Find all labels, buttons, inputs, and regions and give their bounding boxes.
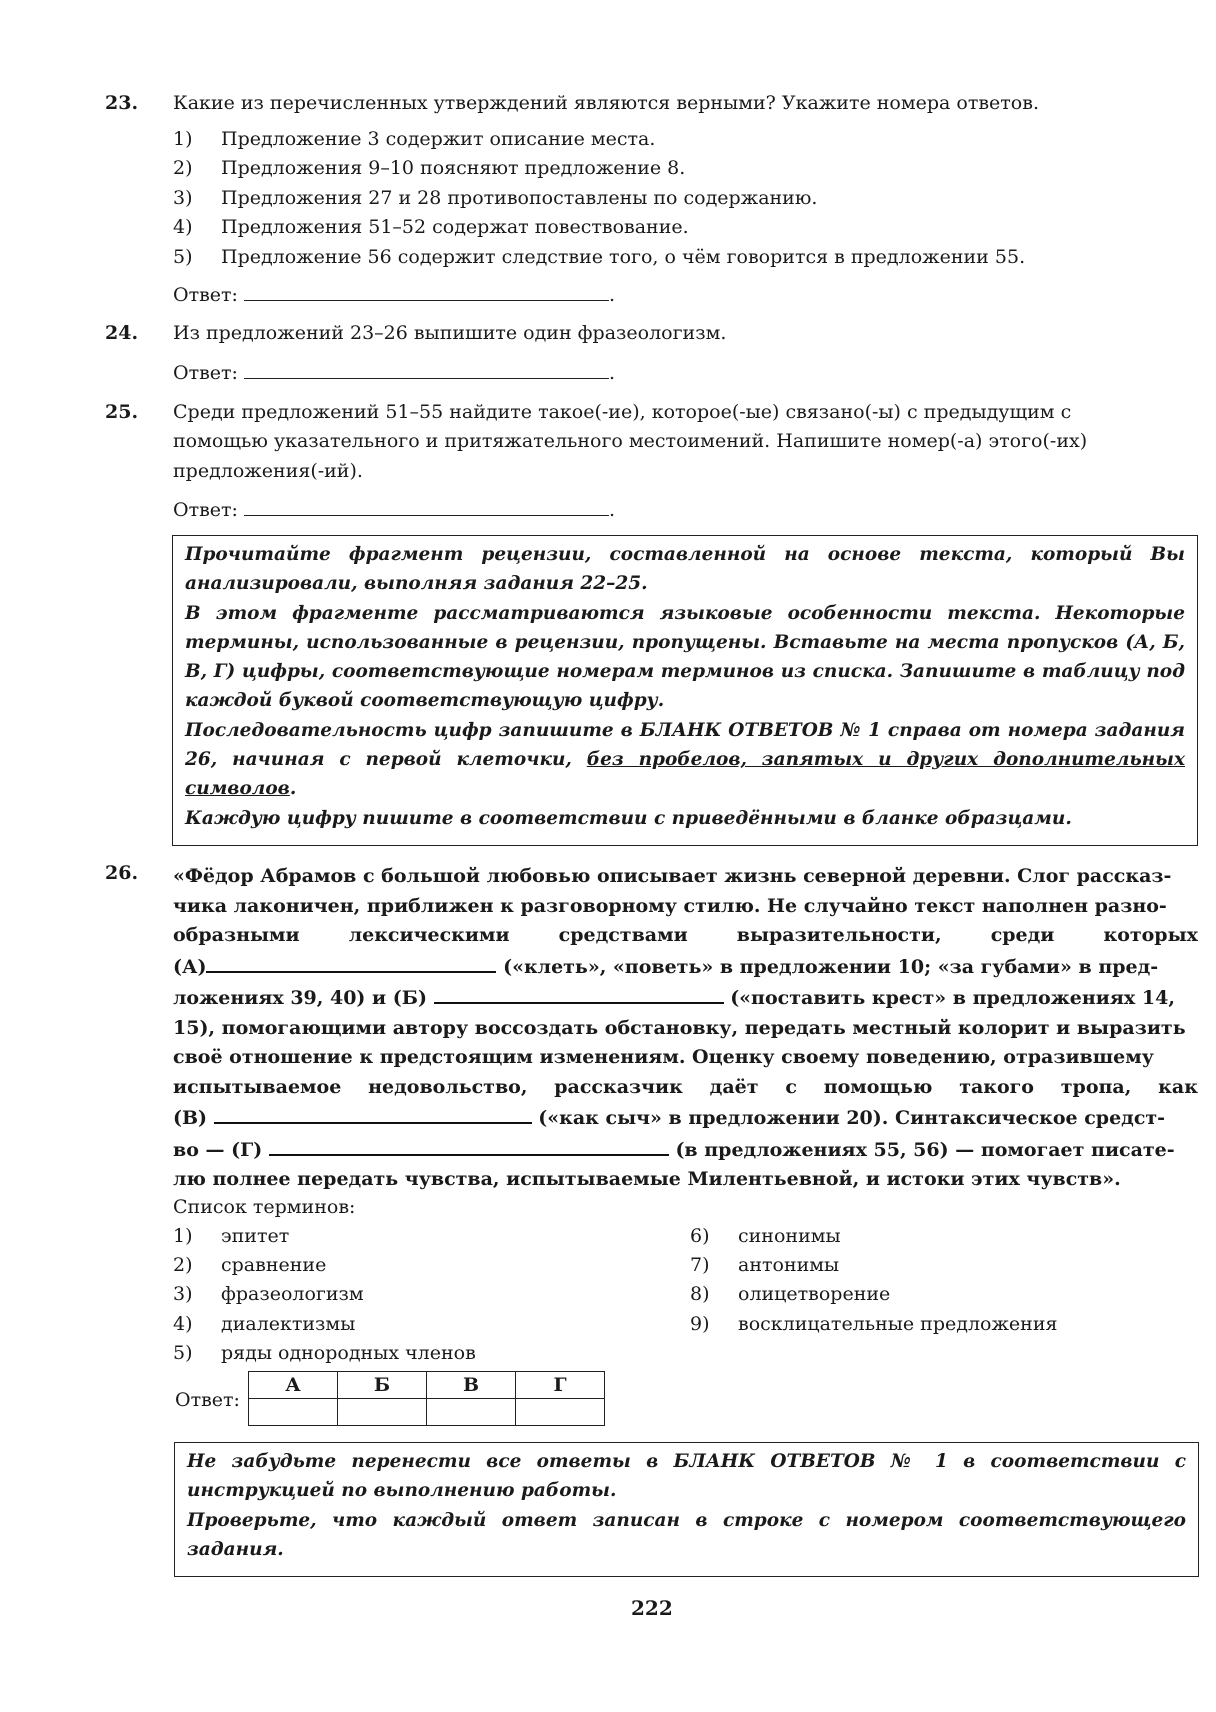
term-1: 1)эпитет bbox=[173, 1225, 289, 1247]
q26-word: среди bbox=[991, 921, 1055, 951]
gap-g-field[interactable] bbox=[269, 1134, 669, 1156]
q26-line-3: образнымилексическимисредствамивыразител… bbox=[173, 921, 1198, 951]
question-26-text: «Фёдор Абрамов с большой любовью описыва… bbox=[173, 862, 1198, 1195]
term-text: диалектизмы bbox=[221, 1313, 355, 1335]
q26-word: тропа, bbox=[1061, 1073, 1132, 1103]
gap-label-v: (В) bbox=[173, 1107, 214, 1129]
terms-list-title: Список терминов: bbox=[173, 1196, 355, 1218]
q26-line-1: «Фёдор Абрамов с большой любовью описыва… bbox=[173, 862, 1198, 892]
q24-answer: Ответ: . bbox=[173, 360, 615, 384]
q26-word: такого bbox=[959, 1073, 1034, 1103]
gap-b-field[interactable] bbox=[434, 982, 724, 1004]
page-number: 222 bbox=[631, 1596, 673, 1620]
q26-line-10: во — (Г) (в предложениях 55, 56) — помог… bbox=[173, 1134, 1198, 1166]
q25-answer: Ответ: . bbox=[173, 497, 615, 521]
term-7: 7)антонимы bbox=[690, 1254, 839, 1276]
answer-header-g: Г bbox=[516, 1372, 605, 1399]
answer-cell-b[interactable] bbox=[338, 1399, 427, 1426]
q26-line-6: 15), помогающими автору воссоздать обста… bbox=[173, 1014, 1198, 1044]
answer-header-v: В bbox=[427, 1372, 516, 1399]
answer-period: . bbox=[609, 362, 615, 384]
answer-label: Ответ: bbox=[173, 284, 238, 306]
q26-word: с bbox=[785, 1073, 797, 1103]
term-number: 5) bbox=[173, 1342, 221, 1364]
term-text: фразеологизм bbox=[221, 1283, 364, 1305]
answer-label: Ответ: bbox=[173, 499, 238, 521]
q26-line-11: лю полнее передать чувства, испытываемые… bbox=[173, 1165, 1198, 1195]
question-24-text: Из предложений 23–26 выпишите один фразе… bbox=[173, 322, 726, 344]
q26-line-4: (А) («клеть», «поветь» в предложении 10;… bbox=[173, 951, 1198, 983]
q26-word: средствами bbox=[559, 921, 688, 951]
answer-cell-g[interactable] bbox=[516, 1399, 605, 1426]
q26-word: выразительности, bbox=[737, 921, 942, 951]
q26-word: образными bbox=[173, 921, 300, 951]
instruction-paragraph-3: Последовательность цифр запишите в БЛАНК… bbox=[185, 716, 1185, 804]
term-number: 4) bbox=[173, 1313, 221, 1335]
term-number: 9) bbox=[690, 1313, 738, 1335]
reminder-box: Не забудьте перенести все ответы в БЛАНК… bbox=[174, 1442, 1199, 1577]
instruction-paragraph-1: Прочитайте фрагмент рецензии, составленн… bbox=[185, 540, 1185, 599]
answer-cell-a[interactable] bbox=[249, 1399, 338, 1426]
answer-table-value-row bbox=[249, 1399, 605, 1426]
term-text: ряды однородных членов bbox=[221, 1342, 476, 1364]
q26-word: лексическими bbox=[349, 921, 510, 951]
question-25-line-1: Среди предложений 51–55 найдите такое(-и… bbox=[173, 401, 1071, 423]
q26-word: рассказчик bbox=[554, 1073, 683, 1103]
term-number: 2) bbox=[173, 1254, 221, 1276]
answer-header-a: А bbox=[249, 1372, 338, 1399]
question-25-line-2: помощью указательного и притяжательного … bbox=[173, 430, 1087, 452]
q23-option-2: 2)Предложения 9–10 поясняют предложение … bbox=[173, 157, 685, 179]
q26-word: недовольство, bbox=[368, 1073, 527, 1103]
reminder-paragraph-2: Проверьте, что каждый ответ записан в ст… bbox=[187, 1506, 1186, 1565]
q23-answer: Ответ: . bbox=[173, 282, 615, 306]
question-25-line-3: предложения(-ий). bbox=[173, 460, 363, 482]
gap-label-a: (А) bbox=[173, 956, 206, 978]
q26-text: («клеть», «поветь» в предложении 10; «за… bbox=[496, 956, 1158, 978]
q26-line-5: ложениях 39, 40) и (Б) («поставить крест… bbox=[173, 982, 1198, 1014]
term-3: 3)фразеологизм bbox=[173, 1283, 364, 1305]
term-9: 9)восклицательные предложения bbox=[690, 1313, 1057, 1335]
answer-table-header-row: А Б В Г bbox=[249, 1372, 605, 1399]
instruction-paragraph-4: Каждую цифру пишите в соответствии с при… bbox=[185, 804, 1185, 833]
instruction-paragraph-2: В этом фрагменте рассматриваются языковы… bbox=[185, 599, 1185, 716]
question-23-text: Какие из перечисленных утверждений являю… bbox=[173, 92, 1039, 114]
option-number: 1) bbox=[173, 128, 221, 150]
term-2: 2)сравнение bbox=[173, 1254, 326, 1276]
answer-header-b: Б bbox=[338, 1372, 427, 1399]
option-text: Предложения 27 и 28 противопоставлены по… bbox=[221, 187, 817, 209]
gap-a-field[interactable] bbox=[206, 951, 496, 973]
q26-answer-table: А Б В Г bbox=[248, 1371, 605, 1426]
term-text: восклицательные предложения bbox=[738, 1313, 1057, 1335]
answer-label: Ответ: bbox=[173, 362, 238, 384]
answer-cell-v[interactable] bbox=[427, 1399, 516, 1426]
reminder-paragraph-1: Не забудьте перенести все ответы в БЛАНК… bbox=[187, 1447, 1186, 1506]
q23-answer-field[interactable] bbox=[244, 282, 609, 301]
term-text: эпитет bbox=[221, 1225, 289, 1247]
term-text: антонимы bbox=[738, 1254, 839, 1276]
term-number: 3) bbox=[173, 1283, 221, 1305]
term-number: 8) bbox=[690, 1283, 738, 1305]
term-6: 6)синонимы bbox=[690, 1225, 841, 1247]
term-5: 5)ряды однородных членов bbox=[173, 1342, 476, 1364]
option-text: Предложение 56 содержит следствие того, … bbox=[221, 246, 1025, 268]
term-number: 7) bbox=[690, 1254, 738, 1276]
gap-label-b: ложениях 39, 40) и (Б) bbox=[173, 987, 434, 1009]
q25-answer-field[interactable] bbox=[244, 497, 609, 516]
option-text: Предложения 9–10 поясняют предложение 8. bbox=[221, 157, 685, 179]
q23-option-4: 4)Предложения 51–52 содержат повествован… bbox=[173, 216, 689, 238]
option-number: 5) bbox=[173, 246, 221, 268]
option-text: Предложение 3 содержит описание места. bbox=[221, 128, 655, 150]
q26-word: помощью bbox=[824, 1073, 933, 1103]
q26-line-7: своё отношение к предстоящим изменениям.… bbox=[173, 1043, 1198, 1073]
q23-option-3: 3)Предложения 27 и 28 противопоставлены … bbox=[173, 187, 817, 209]
question-23-number: 23. bbox=[105, 92, 138, 114]
gap-v-field[interactable] bbox=[214, 1102, 532, 1124]
exam-page: 23. Какие из перечисленных утверждений я… bbox=[0, 0, 1216, 1712]
answer-period: . bbox=[609, 284, 615, 306]
question-25-number: 25. bbox=[105, 401, 138, 423]
q26-word: которых bbox=[1103, 921, 1198, 951]
question-26-number: 26. bbox=[105, 862, 138, 884]
term-number: 6) bbox=[690, 1225, 738, 1247]
option-number: 2) bbox=[173, 157, 221, 179]
gap-label-g: во — (Г) bbox=[173, 1139, 269, 1161]
option-number: 3) bbox=[173, 187, 221, 209]
option-number: 4) bbox=[173, 216, 221, 238]
term-text: синонимы bbox=[738, 1225, 841, 1247]
term-number: 1) bbox=[173, 1225, 221, 1247]
q26-text: («поставить крест» в предложениях 14, bbox=[724, 987, 1175, 1009]
q23-option-1: 1)Предложение 3 содержит описание места. bbox=[173, 128, 655, 150]
q24-answer-field[interactable] bbox=[244, 360, 609, 379]
term-4: 4)диалектизмы bbox=[173, 1313, 355, 1335]
q26-word: как bbox=[1158, 1073, 1198, 1103]
instruction-text: . bbox=[290, 778, 296, 799]
answer-period: . bbox=[609, 499, 615, 521]
term-text: сравнение bbox=[221, 1254, 326, 1276]
q26-word: даёт bbox=[710, 1073, 759, 1103]
q26-text: («как сыч» в предложении 20). Синтаксиче… bbox=[532, 1107, 1165, 1129]
q26-word: испытываемое bbox=[173, 1073, 341, 1103]
option-text: Предложения 51–52 содержат повествование… bbox=[221, 216, 689, 238]
q23-option-5: 5)Предложение 56 содержит следствие того… bbox=[173, 246, 1025, 268]
term-text: олицетворение bbox=[738, 1283, 890, 1305]
question-24-number: 24. bbox=[105, 322, 138, 344]
instruction-box: Прочитайте фрагмент рецензии, составленн… bbox=[172, 535, 1198, 846]
q26-line-2: чика лаконичен, приближен к разговорному… bbox=[173, 892, 1198, 922]
q26-answer-label: Ответ: bbox=[175, 1389, 240, 1411]
q26-line-8: испытываемоенедовольство,рассказчикдаётс… bbox=[173, 1073, 1198, 1103]
q26-text: (в предложениях 55, 56) — помогает писат… bbox=[669, 1139, 1175, 1161]
term-8: 8)олицетворение bbox=[690, 1283, 890, 1305]
q26-line-9: (В) («как сыч» в предложении 20). Синтак… bbox=[173, 1102, 1198, 1134]
